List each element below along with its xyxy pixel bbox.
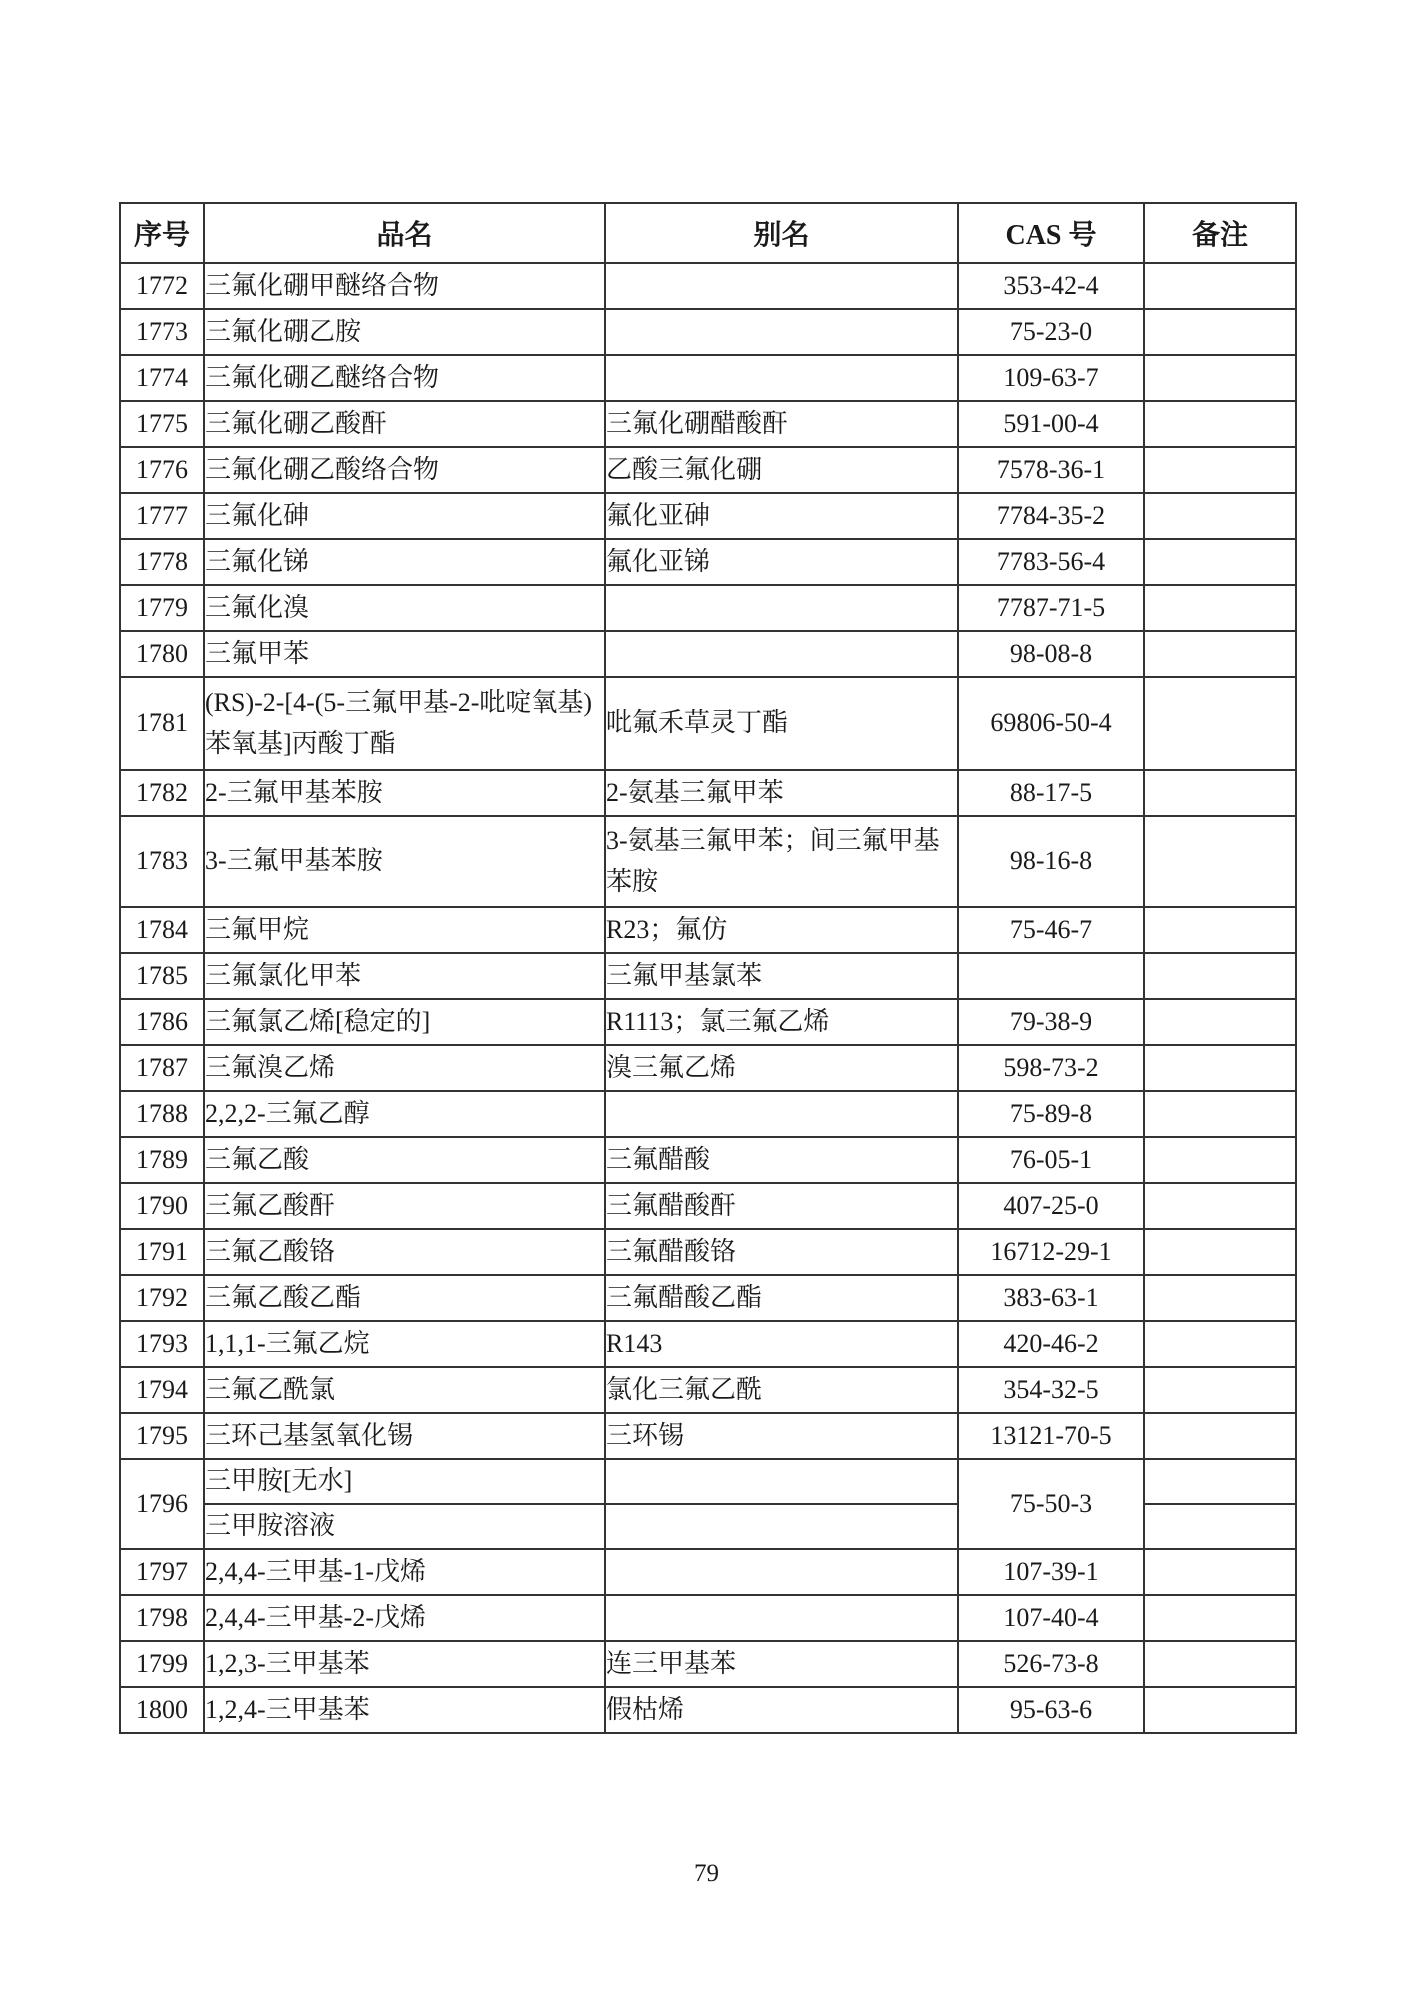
cell-remark (1144, 493, 1296, 539)
table-row: 17991,2,3-三甲基苯连三甲基苯526-73-8 (120, 1641, 1296, 1687)
cell-serial: 1796 (120, 1459, 204, 1549)
cell-serial: 1797 (120, 1549, 204, 1595)
table-row: 1789三氟乙酸三氟醋酸76-05-1 (120, 1137, 1296, 1183)
cell-serial: 1775 (120, 401, 204, 447)
table-row: 1786三氟氯乙烯[稳定的]R1113；氯三氟乙烯79-38-9 (120, 999, 1296, 1045)
cell-remark (1144, 309, 1296, 355)
table-row: 1775三氟化硼乙酸酐三氟化硼醋酸酐591-00-4 (120, 401, 1296, 447)
table-row: 1795三环己基氢氧化锡三环锡13121-70-5 (120, 1413, 1296, 1459)
cell-name: 1,2,4-三甲基苯 (204, 1687, 605, 1733)
cell-name: 三氟化硼乙醚络合物 (204, 355, 605, 401)
cell-remark (1144, 263, 1296, 309)
cell-name: 2,4,4-三甲基-1-戊烯 (204, 1549, 605, 1595)
cell-cas: 7783-56-4 (958, 539, 1144, 585)
cell-serial: 1800 (120, 1687, 204, 1733)
cell-alias: 连三甲基苯 (605, 1641, 958, 1687)
cell-remark (1144, 1275, 1296, 1321)
table-row: 1773三氟化硼乙胺75-23-0 (120, 309, 1296, 355)
cell-serial: 1781 (120, 677, 204, 770)
cell-alias (605, 1549, 958, 1595)
cell-remark (1144, 816, 1296, 907)
cell-cas: 591-00-4 (958, 401, 1144, 447)
cell-remark (1144, 1641, 1296, 1687)
cell-cas: 107-39-1 (958, 1549, 1144, 1595)
cell-name: 3-三氟甲基苯胺 (204, 816, 605, 907)
cell-cas: 95-63-6 (958, 1687, 1144, 1733)
table-body: 1772三氟化硼甲醚络合物353-42-41773三氟化硼乙胺75-23-017… (120, 263, 1296, 1733)
cell-name: 三氟乙酸铬 (204, 1229, 605, 1275)
cell-alias: R143 (605, 1321, 958, 1367)
cell-cas: 383-63-1 (958, 1275, 1144, 1321)
cell-alias: 三环锡 (605, 1413, 958, 1459)
cell-cas: 526-73-8 (958, 1641, 1144, 1687)
cell-remark (1144, 1504, 1296, 1549)
cell-remark (1144, 1183, 1296, 1229)
cell-serial: 1784 (120, 907, 204, 953)
cell-serial: 1774 (120, 355, 204, 401)
cell-alias: 三氟甲基氯苯 (605, 953, 958, 999)
cell-alias (605, 631, 958, 677)
cell-serial: 1794 (120, 1367, 204, 1413)
cell-serial: 1788 (120, 1091, 204, 1137)
cell-serial: 1789 (120, 1137, 204, 1183)
table-row: 17822-三氟甲基苯胺2-氨基三氟甲苯88-17-5 (120, 770, 1296, 816)
cell-cas: 98-08-8 (958, 631, 1144, 677)
cell-remark (1144, 585, 1296, 631)
cell-remark (1144, 1229, 1296, 1275)
cell-remark (1144, 999, 1296, 1045)
cell-cas: 16712-29-1 (958, 1229, 1144, 1275)
cell-remark (1144, 1321, 1296, 1367)
cell-remark (1144, 401, 1296, 447)
cell-name: 三氟甲烷 (204, 907, 605, 953)
cell-remark (1144, 539, 1296, 585)
cell-name: 三氟乙酸酐 (204, 1183, 605, 1229)
table-row: 1792三氟乙酸乙酯三氟醋酸乙酯383-63-1 (120, 1275, 1296, 1321)
table-row: 18001,2,4-三甲基苯假枯烯95-63-6 (120, 1687, 1296, 1733)
cell-remark (1144, 631, 1296, 677)
cell-cas: 407-25-0 (958, 1183, 1144, 1229)
cell-alias: 三氟化硼醋酸酐 (605, 401, 958, 447)
document-page: 序号 品名 别名 CAS 号 备注 1772三氟化硼甲醚络合物353-42-41… (0, 0, 1413, 2000)
cell-cas: 98-16-8 (958, 816, 1144, 907)
cell-cas (958, 953, 1144, 999)
cell-name: 2,2,2-三氟乙醇 (204, 1091, 605, 1137)
cell-serial: 1783 (120, 816, 204, 907)
header-remark: 备注 (1144, 203, 1296, 263)
cell-remark (1144, 1459, 1296, 1504)
table-row: 17972,4,4-三甲基-1-戊烯107-39-1 (120, 1549, 1296, 1595)
table-row: 1774三氟化硼乙醚络合物109-63-7 (120, 355, 1296, 401)
cell-name: 1,2,3-三甲基苯 (204, 1641, 605, 1687)
cell-name: 三氟乙酰氯 (204, 1367, 605, 1413)
cell-serial: 1791 (120, 1229, 204, 1275)
cell-alias (605, 309, 958, 355)
cell-name: (RS)-2-[4-(5-三氟甲基-2-吡啶氧基)苯氧基]丙酸丁酯 (204, 677, 605, 770)
cell-alias (605, 1504, 958, 1549)
cell-alias (605, 585, 958, 631)
cell-serial: 1776 (120, 447, 204, 493)
cell-alias: R1113；氯三氟乙烯 (605, 999, 958, 1045)
cell-remark (1144, 770, 1296, 816)
cell-cas: 13121-70-5 (958, 1413, 1144, 1459)
header-alias: 别名 (605, 203, 958, 263)
cell-alias: 三氟醋酸乙酯 (605, 1275, 958, 1321)
cell-remark (1144, 447, 1296, 493)
table-row: 1784三氟甲烷R23；氟仿75-46-7 (120, 907, 1296, 953)
cell-cas: 420-46-2 (958, 1321, 1144, 1367)
cell-cas: 75-23-0 (958, 309, 1144, 355)
cell-alias: 三氟醋酸 (605, 1137, 958, 1183)
cell-alias: 氟化亚锑 (605, 539, 958, 585)
cell-cas: 354-32-5 (958, 1367, 1144, 1413)
cell-alias: 3-氨基三氟甲苯；间三氟甲基苯胺 (605, 816, 958, 907)
table-row: 1772三氟化硼甲醚络合物353-42-4 (120, 263, 1296, 309)
cell-serial: 1782 (120, 770, 204, 816)
cell-name: 三甲胺[无水] (204, 1459, 605, 1504)
cell-cas: 79-38-9 (958, 999, 1144, 1045)
cell-remark (1144, 1045, 1296, 1091)
cell-alias: 2-氨基三氟甲苯 (605, 770, 958, 816)
cell-cas: 7578-36-1 (958, 447, 1144, 493)
table-row: 17982,4,4-三甲基-2-戊烯107-40-4 (120, 1595, 1296, 1641)
cell-remark (1144, 1413, 1296, 1459)
cell-cas: 75-50-3 (958, 1459, 1144, 1549)
cell-remark (1144, 1549, 1296, 1595)
cell-name: 三甲胺溶液 (204, 1504, 605, 1549)
cell-name: 三氟化溴 (204, 585, 605, 631)
cell-remark (1144, 907, 1296, 953)
cell-serial: 1778 (120, 539, 204, 585)
cell-cas: 107-40-4 (958, 1595, 1144, 1641)
cell-serial: 1780 (120, 631, 204, 677)
cell-alias: 溴三氟乙烯 (605, 1045, 958, 1091)
cell-serial: 1793 (120, 1321, 204, 1367)
cell-alias: 三氟醋酸酐 (605, 1183, 958, 1229)
header-row: 序号 品名 别名 CAS 号 备注 (120, 203, 1296, 263)
cell-serial: 1792 (120, 1275, 204, 1321)
cell-name: 三环己基氢氧化锡 (204, 1413, 605, 1459)
cell-name: 三氟乙酸乙酯 (204, 1275, 605, 1321)
table-row: 1780三氟甲苯98-08-8 (120, 631, 1296, 677)
cell-remark (1144, 677, 1296, 770)
table-row: 1796三甲胺[无水]75-50-3 (120, 1459, 1296, 1504)
cell-serial: 1785 (120, 953, 204, 999)
cell-alias (605, 263, 958, 309)
cell-cas: 76-05-1 (958, 1137, 1144, 1183)
cell-serial: 1786 (120, 999, 204, 1045)
cell-serial: 1799 (120, 1641, 204, 1687)
table-row: 1777三氟化砷氟化亚砷7784-35-2 (120, 493, 1296, 539)
cell-name: 1,1,1-三氟乙烷 (204, 1321, 605, 1367)
table-row: 1779三氟化溴7787-71-5 (120, 585, 1296, 631)
table-row: 1785三氟氯化甲苯三氟甲基氯苯 (120, 953, 1296, 999)
cell-remark (1144, 1137, 1296, 1183)
table-row: 1778三氟化锑氟化亚锑7783-56-4 (120, 539, 1296, 585)
header-name: 品名 (204, 203, 605, 263)
table-header: 序号 品名 别名 CAS 号 备注 (120, 203, 1296, 263)
cell-name: 三氟化硼乙酸络合物 (204, 447, 605, 493)
table-row: 1776三氟化硼乙酸络合物乙酸三氟化硼7578-36-1 (120, 447, 1296, 493)
cell-name: 三氟化硼乙酸酐 (204, 401, 605, 447)
cell-serial: 1790 (120, 1183, 204, 1229)
cell-cas: 69806-50-4 (958, 677, 1144, 770)
table-row: 17931,1,1-三氟乙烷R143420-46-2 (120, 1321, 1296, 1367)
cell-alias (605, 1459, 958, 1504)
cell-cas: 7787-71-5 (958, 585, 1144, 631)
cell-remark (1144, 355, 1296, 401)
cell-serial: 1798 (120, 1595, 204, 1641)
page-number: 79 (0, 1860, 1413, 1888)
cell-serial: 1787 (120, 1045, 204, 1091)
cell-alias: 三氟醋酸铬 (605, 1229, 958, 1275)
table-row: 1787三氟溴乙烯溴三氟乙烯598-73-2 (120, 1045, 1296, 1091)
cell-alias: 乙酸三氟化硼 (605, 447, 958, 493)
cell-alias: 假枯烯 (605, 1687, 958, 1733)
header-serial: 序号 (120, 203, 204, 263)
cell-name: 2,4,4-三甲基-2-戊烯 (204, 1595, 605, 1641)
table-row: 1794三氟乙酰氯氯化三氟乙酰354-32-5 (120, 1367, 1296, 1413)
table-row: 17882,2,2-三氟乙醇75-89-8 (120, 1091, 1296, 1137)
table-row: 1791三氟乙酸铬三氟醋酸铬16712-29-1 (120, 1229, 1296, 1275)
cell-name: 三氟化硼甲醚络合物 (204, 263, 605, 309)
cell-remark (1144, 1367, 1296, 1413)
cell-remark (1144, 953, 1296, 999)
cell-name: 三氟化硼乙胺 (204, 309, 605, 355)
cell-name: 三氟氯化甲苯 (204, 953, 605, 999)
cell-alias: 氟化亚砷 (605, 493, 958, 539)
cell-remark (1144, 1595, 1296, 1641)
cell-remark (1144, 1091, 1296, 1137)
cell-name: 三氟化砷 (204, 493, 605, 539)
cell-cas: 88-17-5 (958, 770, 1144, 816)
cell-serial: 1772 (120, 263, 204, 309)
cell-alias: R23；氟仿 (605, 907, 958, 953)
cell-cas: 109-63-7 (958, 355, 1144, 401)
cell-cas: 353-42-4 (958, 263, 1144, 309)
cell-alias (605, 1091, 958, 1137)
cell-serial: 1777 (120, 493, 204, 539)
cell-serial: 1773 (120, 309, 204, 355)
cell-name: 三氟乙酸 (204, 1137, 605, 1183)
cell-cas: 598-73-2 (958, 1045, 1144, 1091)
cell-name: 三氟化锑 (204, 539, 605, 585)
cell-serial: 1779 (120, 585, 204, 631)
cell-cas: 75-89-8 (958, 1091, 1144, 1137)
table-row: 17833-三氟甲基苯胺3-氨基三氟甲苯；间三氟甲基苯胺98-16-8 (120, 816, 1296, 907)
cell-serial: 1795 (120, 1413, 204, 1459)
cell-cas: 7784-35-2 (958, 493, 1144, 539)
cell-cas: 75-46-7 (958, 907, 1144, 953)
cell-alias: 吡氟禾草灵丁酯 (605, 677, 958, 770)
cell-name: 三氟氯乙烯[稳定的] (204, 999, 605, 1045)
table-row: 1781(RS)-2-[4-(5-三氟甲基-2-吡啶氧基)苯氧基]丙酸丁酯吡氟禾… (120, 677, 1296, 770)
cell-remark (1144, 1687, 1296, 1733)
cell-alias (605, 355, 958, 401)
cell-name: 三氟甲苯 (204, 631, 605, 677)
table-row: 1790三氟乙酸酐三氟醋酸酐407-25-0 (120, 1183, 1296, 1229)
cell-alias: 氯化三氟乙酰 (605, 1367, 958, 1413)
header-cas: CAS 号 (958, 203, 1144, 263)
chemical-table: 序号 品名 别名 CAS 号 备注 1772三氟化硼甲醚络合物353-42-41… (119, 202, 1297, 1734)
cell-name: 三氟溴乙烯 (204, 1045, 605, 1091)
cell-alias (605, 1595, 958, 1641)
cell-name: 2-三氟甲基苯胺 (204, 770, 605, 816)
